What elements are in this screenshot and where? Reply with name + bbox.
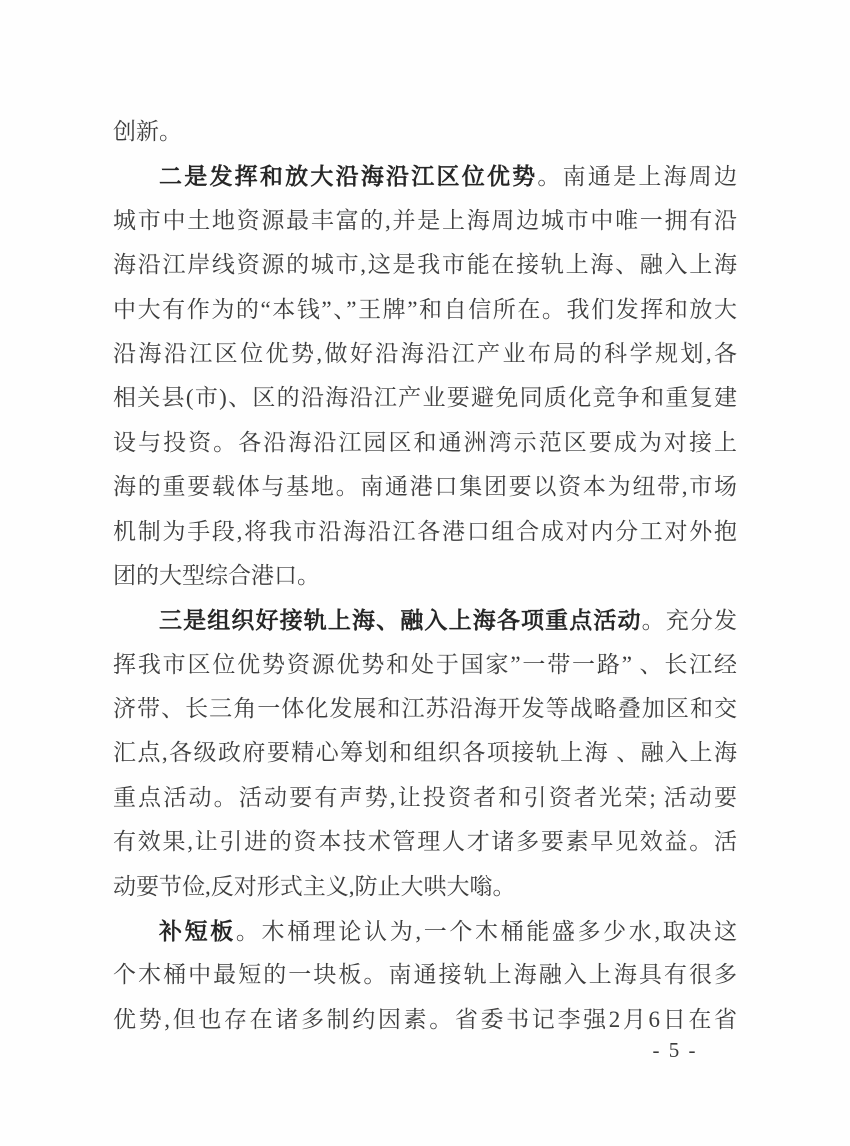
text-line: 三是组织好接轨上海、融入上海各项重点活动。充分发 <box>113 598 737 642</box>
document-page: 创新。二是发挥和放大沿海沿江区位优势。南通是上海周边城市中土地资源最丰富的,并是… <box>0 0 850 1146</box>
text-line: 机制为手段,将我市沿海沿江各港口组合成对内分工对外抱 <box>113 510 737 554</box>
text-segment: 。南通是上海周边 <box>537 164 737 189</box>
text-line: 个木桶中最短的一块板。南通接轨上海融入上海具有很多 <box>113 953 737 997</box>
text-segment: 团的大型综合港口。 <box>113 563 320 588</box>
text-line: 海沿江岸线资源的城市,这是我市能在接轨上海、融入上海 <box>113 243 737 287</box>
text-line: 有效果,让引进的资本技术管理人才诸多要素早见效益。活 <box>113 820 737 864</box>
text-line: 动要节俭,反对形式主义,防止大哄大嗡。 <box>113 865 737 909</box>
text-block: 创新。二是发挥和放大沿海沿江区位优势。南通是上海周边城市中土地资源最丰富的,并是… <box>113 110 737 1042</box>
text-segment: 动要节俭,反对形式主义,防止大哄大嗡。 <box>113 874 516 899</box>
text-segment: 重点活动。活动要有声势,让投资者和引资者光荣; 活动要 <box>113 785 737 810</box>
heading-segment: 三是组织好接轨上海、融入上海各项重点活动 <box>159 607 642 633</box>
text-line: 城市中土地资源最丰富的,并是上海周边城市中唯一拥有沿 <box>113 199 737 243</box>
text-segment: 相关县(市)、区的沿海沿江产业要避免同质化竞争和重复建 <box>113 385 737 410</box>
text-line: 创新。 <box>113 110 737 154</box>
text-segment: 沿海沿江区位优势,做好沿海沿江产业布局的科学规划,各 <box>113 341 737 366</box>
text-segment: 海沿江岸线资源的城市,这是我市能在接轨上海、融入上海 <box>113 252 737 277</box>
text-line: 汇点,各级政府要精心筹划和组织各项接轨上海 、融入上海 <box>113 731 737 775</box>
text-line: 沿海沿江区位优势,做好沿海沿江产业布局的科学规划,各 <box>113 332 737 376</box>
text-segment: 创新。 <box>113 119 182 144</box>
text-segment: 城市中土地资源最丰富的,并是上海周边城市中唯一拥有沿 <box>113 208 737 233</box>
text-segment: 个木桶中最短的一块板。南通接轨上海融入上海具有很多 <box>113 962 737 987</box>
text-line: 设与投资。各沿海沿江园区和通洲湾示范区要成为对接上 <box>113 421 737 465</box>
text-segment: 优势,但也存在诸多制约因素。省委书记李强2月6日在省 <box>113 1007 737 1032</box>
text-line: 补短板。木桶理论认为,一个木桶能盛多少水,取决这 <box>113 909 737 953</box>
text-line: 中大有作为的“本钱”、”王牌”和自信所在。我们发挥和放大 <box>113 288 737 332</box>
text-segment: 济带、长三角一体化发展和江苏沿海开发等战略叠加区和交 <box>113 696 737 721</box>
heading-segment: 补短板 <box>159 918 236 944</box>
text-segment: 中大有作为的“本钱”、”王牌”和自信所在。我们发挥和放大 <box>113 297 737 322</box>
text-segment: 机制为手段,将我市沿海沿江各港口组合成对内分工对外抱 <box>113 519 737 544</box>
text-segment: 汇点,各级政府要精心筹划和组织各项接轨上海 、融入上海 <box>113 740 737 765</box>
text-line: 二是发挥和放大沿海沿江区位优势。南通是上海周边 <box>113 154 737 198</box>
heading-segment: 二是发挥和放大沿海沿江区位优势 <box>159 163 537 189</box>
text-line: 挥我市区位优势资源优势和处于国家”一带一路” 、长江经 <box>113 643 737 687</box>
text-segment: 海的重要载体与基地。南通港口集团要以资本为纽带,市场 <box>113 474 737 499</box>
text-segment: 。充分发 <box>642 608 737 633</box>
text-segment: 有效果,让引进的资本技术管理人才诸多要素早见效益。活 <box>113 829 737 854</box>
text-line: 重点活动。活动要有声势,让投资者和引资者光荣; 活动要 <box>113 776 737 820</box>
text-segment: 。木桶理论认为,一个木桶能盛多少水,取决这 <box>236 919 737 944</box>
text-segment: 挥我市区位优势资源优势和处于国家”一带一路” 、长江经 <box>113 652 737 677</box>
text-line: 济带、长三角一体化发展和江苏沿海开发等战略叠加区和交 <box>113 687 737 731</box>
page-number: - 5 - <box>615 1035 735 1065</box>
text-line: 相关县(市)、区的沿海沿江产业要避免同质化竞争和重复建 <box>113 376 737 420</box>
text-segment: 设与投资。各沿海沿江园区和通洲湾示范区要成为对接上 <box>113 430 737 455</box>
text-line: 团的大型综合港口。 <box>113 554 737 598</box>
text-line: 海的重要载体与基地。南通港口集团要以资本为纽带,市场 <box>113 465 737 509</box>
